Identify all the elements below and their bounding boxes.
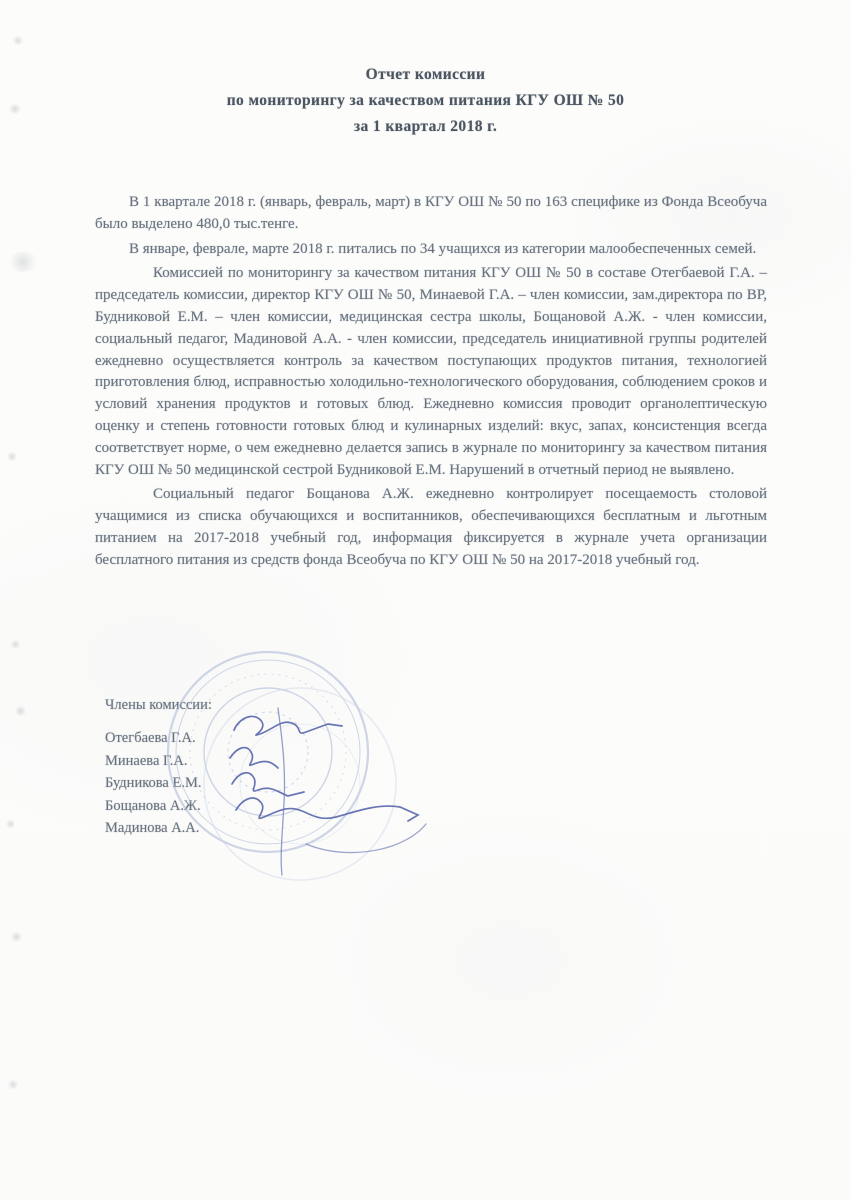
signatory-name: Минаева Г.А. [105,750,212,772]
signature-ink-strokes [230,708,426,875]
title-line-3: за 1 квартал 2018 г. [0,114,851,140]
paragraph-social-teacher: Социальный педагог Бощанова А.Ж. ежеднев… [95,484,767,571]
signatory-name: Бощанова А.Ж. [105,795,212,817]
scan-speck [5,820,16,828]
scan-speck [10,932,23,942]
scan-speck [7,1080,19,1089]
scan-speck [12,36,24,45]
title-line-2: по мониторингу за качеством питания КГУ … [0,88,851,114]
signature-heading: Члены комиссии: [105,694,212,716]
scan-speck [6,452,18,461]
document-title: Отчет комиссии по мониторингу за качеств… [0,62,851,140]
signature-block: Члены комиссии: Отегбаева Г.А. Минаева Г… [105,694,212,839]
signatory-name: Мадинова А.А. [105,817,212,839]
signatory-name: Отегбаева Г.А. [105,727,212,749]
title-line-1: Отчет комиссии [0,62,851,88]
paragraph-commission: Комиссией по мониторингу за качеством пи… [95,263,767,481]
scan-speck [10,640,21,649]
document-body: В 1 квартале 2018 г. (январь, февраль, м… [95,192,767,575]
signatory-name: Будникова Е.М. [105,772,212,794]
paragraph-students: В январе, феврале, марте 2018 г. питалис… [95,239,767,261]
paragraph-funding: В 1 квартале 2018 г. (январь, февраль, м… [95,192,767,236]
scanned-page: Отчет комиссии по мониторингу за качеств… [0,0,851,1200]
scan-speck [6,252,40,272]
scan-speck [14,706,27,716]
